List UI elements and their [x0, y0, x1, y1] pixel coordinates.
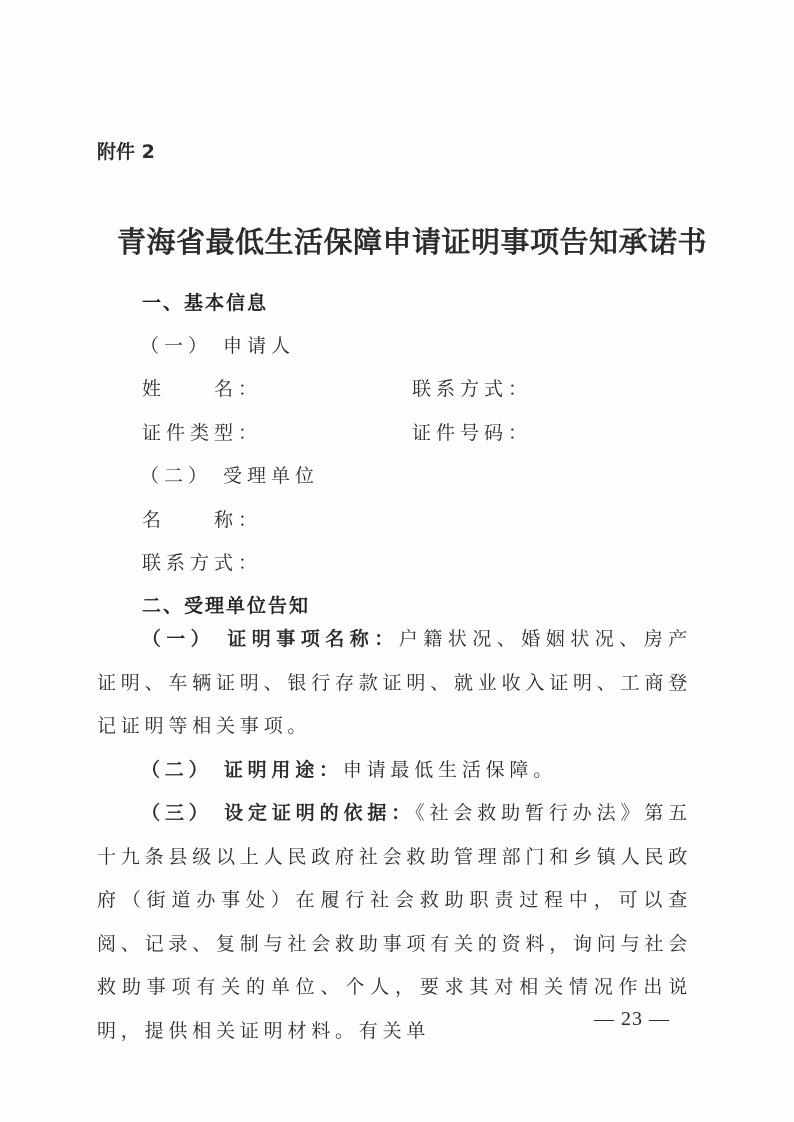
notice-item-3-lead: （三） 设定证明的依据：	[141, 802, 415, 824]
applicant-id-number-label: 证件号码：	[412, 418, 532, 445]
unit-heading: （二） 受理单位	[140, 461, 319, 488]
applicant-contact-label: 联系方式：	[412, 374, 532, 401]
notice-item-1-lead: （一） 证明事项名称：	[141, 628, 399, 650]
applicant-heading: （一） 申请人	[140, 331, 295, 358]
document-title: 青海省最低生活保障申请证明事项告知承诺书	[117, 220, 707, 261]
section1-heading: 一、基本信息	[142, 288, 268, 315]
applicant-name-label: 姓 名：	[142, 374, 262, 401]
unit-contact-label: 联系方式：	[142, 548, 262, 575]
unit-name-label: 名 称：	[142, 505, 262, 532]
notice-item-2-text: 申请最低生活保障。	[343, 759, 557, 781]
notice-item-2: （二） 证明用途：申请最低生活保障。	[97, 749, 692, 793]
notice-item-1: （一） 证明事项名称：户籍状况、婚姻状况、房产证明、车辆证明、银行存款证明、就业…	[97, 618, 692, 749]
notice-item-2-lead: （二） 证明用途：	[141, 759, 343, 781]
attachment-label: 附件 2	[97, 137, 155, 164]
notice-item-3-text: 《社会救助暂行办法》第五十九条县级以上人民政府社会救助管理部门和乡镇人民政府（街…	[97, 802, 692, 1042]
section2-heading: 二、受理单位告知	[142, 591, 310, 618]
page-number: — 23 —	[594, 1008, 670, 1031]
applicant-id-type-label: 证件类型：	[142, 418, 262, 445]
